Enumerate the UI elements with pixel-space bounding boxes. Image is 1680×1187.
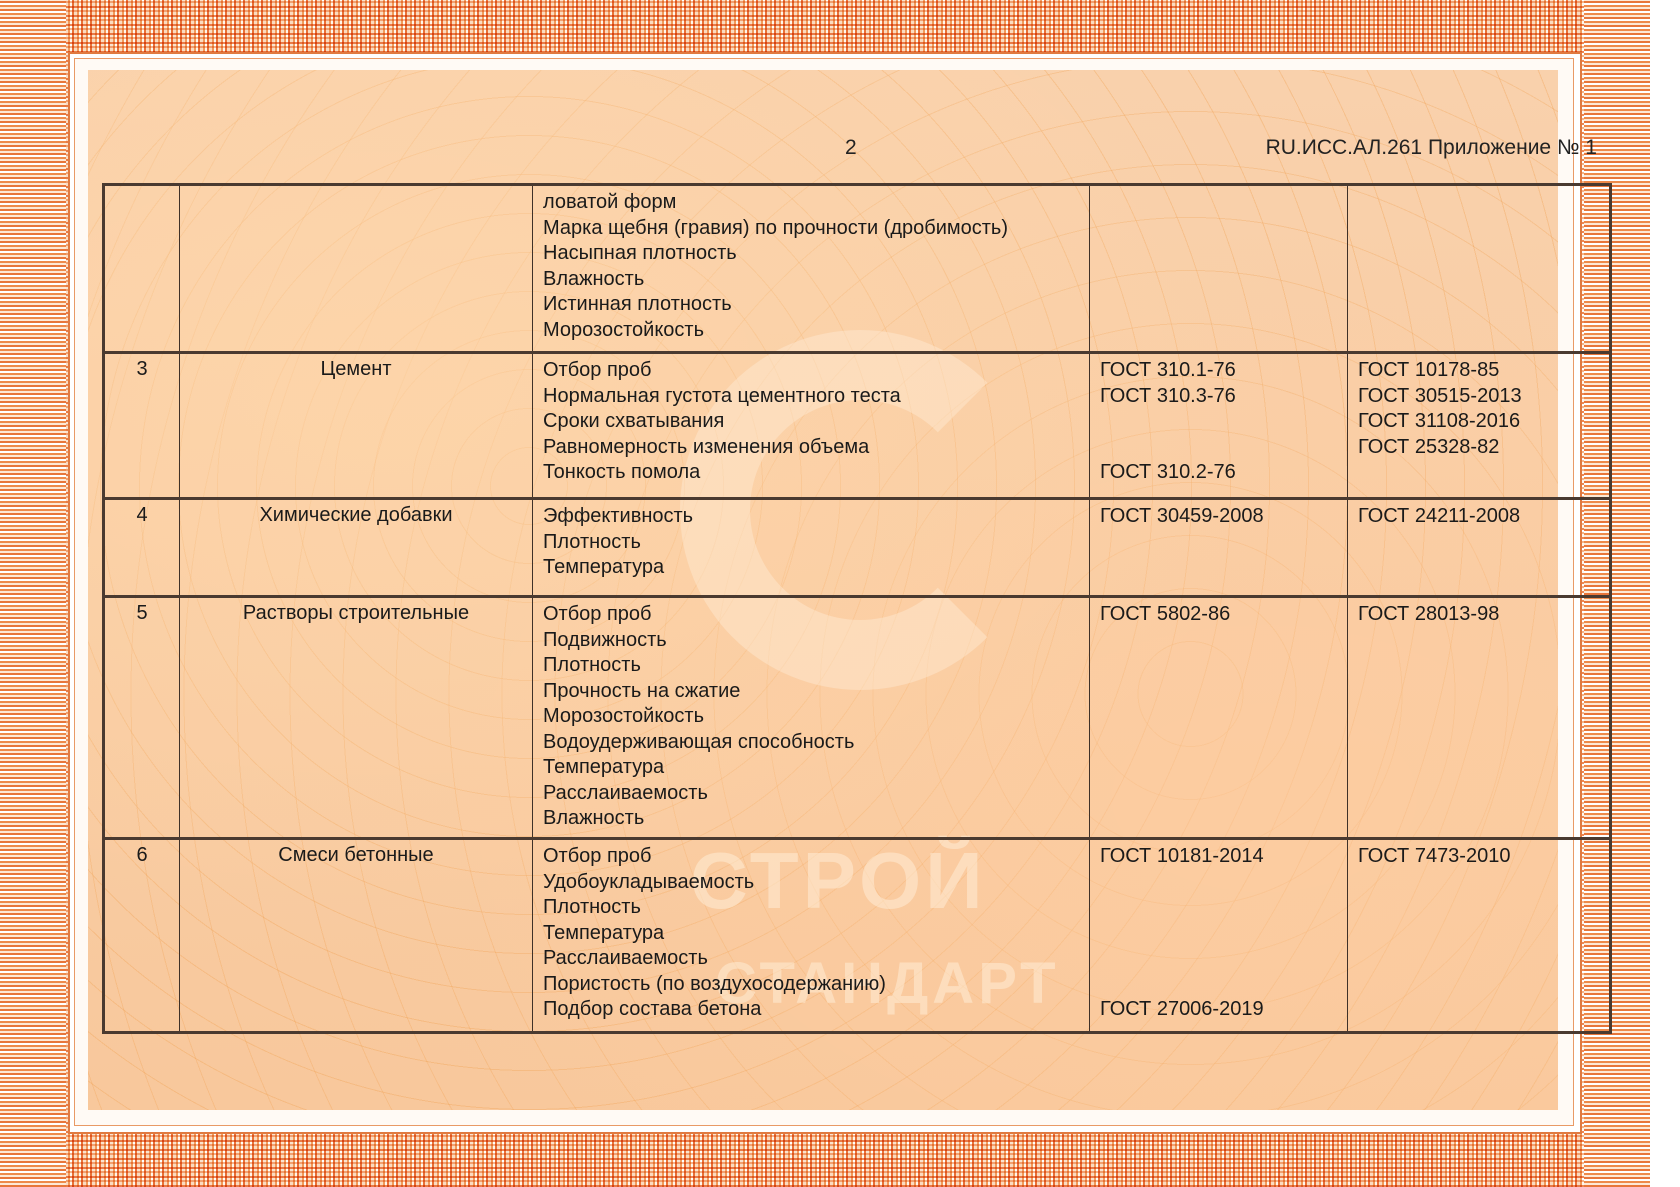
test-object-name: Химические добавки bbox=[180, 499, 533, 597]
product-doc-line bbox=[1358, 946, 1599, 972]
method-doc-line bbox=[1100, 806, 1337, 832]
table-row: 3ЦементОтбор пробНормальная густота цеме… bbox=[104, 353, 1611, 499]
characteristic-line: Истинная плотность bbox=[543, 292, 1079, 318]
product-doc-line bbox=[1358, 997, 1599, 1023]
characteristic-line: Подвижность bbox=[543, 628, 1079, 654]
product-docs-cell: ГОСТ 28013-98 bbox=[1348, 597, 1611, 839]
test-object-name bbox=[180, 185, 533, 353]
method-doc-line bbox=[1100, 267, 1337, 293]
product-docs-cell: ГОСТ 24211-2008 bbox=[1348, 499, 1611, 597]
method-doc-line: ГОСТ 310.2-76 bbox=[1100, 460, 1337, 486]
product-doc-line bbox=[1358, 267, 1599, 293]
characteristic-line: Тонкость помола bbox=[543, 460, 1079, 486]
characteristic-line: Расслаиваемость bbox=[543, 946, 1079, 972]
product-doc-line: ГОСТ 30515-2013 bbox=[1358, 384, 1599, 410]
method-doc-line bbox=[1100, 730, 1337, 756]
product-doc-line: ГОСТ 10178-85 bbox=[1358, 358, 1599, 384]
product-doc-line bbox=[1358, 921, 1599, 947]
characteristic-line: Расслаиваемость bbox=[543, 781, 1079, 807]
product-doc-line bbox=[1358, 216, 1599, 242]
characteristics-cell: ЭффективностьПлотностьТемпература bbox=[533, 499, 1090, 597]
method-doc-line bbox=[1100, 704, 1337, 730]
method-doc-line bbox=[1100, 216, 1337, 242]
method-doc-line bbox=[1100, 318, 1337, 344]
method-doc-line bbox=[1100, 946, 1337, 972]
characteristic-line: ловатой форм bbox=[543, 190, 1079, 216]
characteristic-line: Подбор состава бетона bbox=[543, 997, 1079, 1023]
characteristic-line: Плотность bbox=[543, 653, 1079, 679]
product-doc-line bbox=[1358, 653, 1599, 679]
scope-table: ловатой формМарка щебня (гравия) по проч… bbox=[102, 183, 1612, 1034]
characteristics-cell: ловатой формМарка щебня (гравия) по проч… bbox=[533, 185, 1090, 353]
method-doc-line bbox=[1100, 530, 1337, 556]
method-docs-cell: ГОСТ 30459-2008 bbox=[1090, 499, 1348, 597]
product-docs-cell bbox=[1348, 185, 1611, 353]
product-doc-line bbox=[1358, 190, 1599, 216]
characteristic-line: Влажность bbox=[543, 806, 1079, 832]
method-docs-cell: ГОСТ 5802-86 bbox=[1090, 597, 1348, 839]
table-row: ловатой формМарка щебня (гравия) по проч… bbox=[104, 185, 1611, 353]
table-row: 4Химические добавкиЭффективностьПлотност… bbox=[104, 499, 1611, 597]
method-doc-line bbox=[1100, 870, 1337, 896]
product-doc-line bbox=[1358, 530, 1599, 556]
product-doc-line bbox=[1358, 460, 1599, 486]
method-doc-line bbox=[1100, 781, 1337, 807]
table-row: 5Растворы строительныеОтбор пробПодвижно… bbox=[104, 597, 1611, 839]
method-doc-line bbox=[1100, 628, 1337, 654]
product-doc-line bbox=[1358, 555, 1599, 581]
characteristic-line: Влажность bbox=[543, 267, 1079, 293]
page-number: 2 bbox=[845, 136, 857, 160]
method-doc-line bbox=[1100, 292, 1337, 318]
characteristic-line: Отбор проб bbox=[543, 602, 1079, 628]
characteristic-line: Удобоукладываемость bbox=[543, 870, 1079, 896]
method-doc-line bbox=[1100, 755, 1337, 781]
product-doc-line bbox=[1358, 628, 1599, 654]
product-doc-line bbox=[1358, 870, 1599, 896]
characteristic-line: Морозостойкость bbox=[543, 318, 1079, 344]
characteristic-line: Сроки схватывания bbox=[543, 409, 1079, 435]
characteristic-line: Температура bbox=[543, 755, 1079, 781]
method-doc-line: ГОСТ 30459-2008 bbox=[1100, 504, 1337, 530]
method-doc-line bbox=[1100, 921, 1337, 947]
product-doc-line bbox=[1358, 318, 1599, 344]
method-doc-line bbox=[1100, 653, 1337, 679]
method-doc-line bbox=[1100, 555, 1337, 581]
characteristic-line: Отбор проб bbox=[543, 844, 1079, 870]
product-doc-line bbox=[1358, 806, 1599, 832]
method-doc-line bbox=[1100, 241, 1337, 267]
product-doc-line: ГОСТ 25328-82 bbox=[1358, 435, 1599, 461]
method-doc-line: ГОСТ 5802-86 bbox=[1100, 602, 1337, 628]
product-doc-line bbox=[1358, 781, 1599, 807]
characteristics-cell: Отбор пробНормальная густота цементного … bbox=[533, 353, 1090, 499]
product-doc-line: ГОСТ 7473-2010 bbox=[1358, 844, 1599, 870]
test-object-name: Растворы строительные bbox=[180, 597, 533, 839]
product-doc-line bbox=[1358, 972, 1599, 998]
guilloche-border-left bbox=[0, 0, 66, 1187]
characteristic-line: Марка щебня (гравия) по прочности (дроби… bbox=[543, 216, 1079, 242]
characteristic-line: Плотность bbox=[543, 895, 1079, 921]
characteristic-line: Плотность bbox=[543, 530, 1079, 556]
document-reference: RU.ИСС.АЛ.261 Приложение № 1 bbox=[1266, 136, 1597, 160]
test-object-name: Цемент bbox=[180, 353, 533, 499]
method-doc-line: ГОСТ 310.3-76 bbox=[1100, 384, 1337, 410]
characteristic-line: Отбор проб bbox=[543, 358, 1079, 384]
product-doc-line bbox=[1358, 704, 1599, 730]
characteristic-line: Пористость (по воздухосодержанию) bbox=[543, 972, 1079, 998]
characteristic-line: Температура bbox=[543, 921, 1079, 947]
product-doc-line bbox=[1358, 755, 1599, 781]
method-doc-line bbox=[1100, 190, 1337, 216]
row-number: 3 bbox=[104, 353, 180, 499]
method-doc-line: ГОСТ 310.1-76 bbox=[1100, 358, 1337, 384]
table-row: 6Смеси бетонныеОтбор пробУдобоукладываем… bbox=[104, 839, 1611, 1033]
method-docs-cell: ГОСТ 310.1-76ГОСТ 310.3-76ГОСТ 310.2-76 bbox=[1090, 353, 1348, 499]
characteristic-line: Нормальная густота цементного теста bbox=[543, 384, 1079, 410]
characteristic-line: Водоудерживающая способность bbox=[543, 730, 1079, 756]
row-number: 5 bbox=[104, 597, 180, 839]
characteristics-cell: Отбор пробУдобоукладываемостьПлотностьТе… bbox=[533, 839, 1090, 1033]
product-doc-line: ГОСТ 28013-98 bbox=[1358, 602, 1599, 628]
characteristic-line: Прочность на сжатие bbox=[543, 679, 1079, 705]
product-doc-line bbox=[1358, 241, 1599, 267]
method-docs-cell: ГОСТ 10181-2014ГОСТ 27006-2019 bbox=[1090, 839, 1348, 1033]
product-doc-line: ГОСТ 31108-2016 bbox=[1358, 409, 1599, 435]
characteristic-line: Насыпная плотность bbox=[543, 241, 1079, 267]
characteristic-line: Эффективность bbox=[543, 504, 1079, 530]
method-doc-line bbox=[1100, 679, 1337, 705]
product-doc-line bbox=[1358, 292, 1599, 318]
product-docs-cell: ГОСТ 7473-2010 bbox=[1348, 839, 1611, 1033]
characteristic-line: Морозостойкость bbox=[543, 704, 1079, 730]
product-doc-line: ГОСТ 24211-2008 bbox=[1358, 504, 1599, 530]
test-object-name: Смеси бетонные bbox=[180, 839, 533, 1033]
method-doc-line bbox=[1100, 409, 1337, 435]
product-docs-cell: ГОСТ 10178-85ГОСТ 30515-2013ГОСТ 31108-2… bbox=[1348, 353, 1611, 499]
row-number: 6 bbox=[104, 839, 180, 1033]
method-doc-line bbox=[1100, 435, 1337, 461]
row-number bbox=[104, 185, 180, 353]
product-doc-line bbox=[1358, 730, 1599, 756]
product-doc-line bbox=[1358, 679, 1599, 705]
row-number: 4 bbox=[104, 499, 180, 597]
product-doc-line bbox=[1358, 895, 1599, 921]
characteristic-line: Температура bbox=[543, 555, 1079, 581]
method-doc-line: ГОСТ 10181-2014 bbox=[1100, 844, 1337, 870]
method-doc-line bbox=[1100, 972, 1337, 998]
method-doc-line: ГОСТ 27006-2019 bbox=[1100, 997, 1337, 1023]
method-docs-cell bbox=[1090, 185, 1348, 353]
characteristics-cell: Отбор пробПодвижностьПлотностьПрочность … bbox=[533, 597, 1090, 839]
method-doc-line bbox=[1100, 895, 1337, 921]
characteristic-line: Равномерность изменения объема bbox=[543, 435, 1079, 461]
